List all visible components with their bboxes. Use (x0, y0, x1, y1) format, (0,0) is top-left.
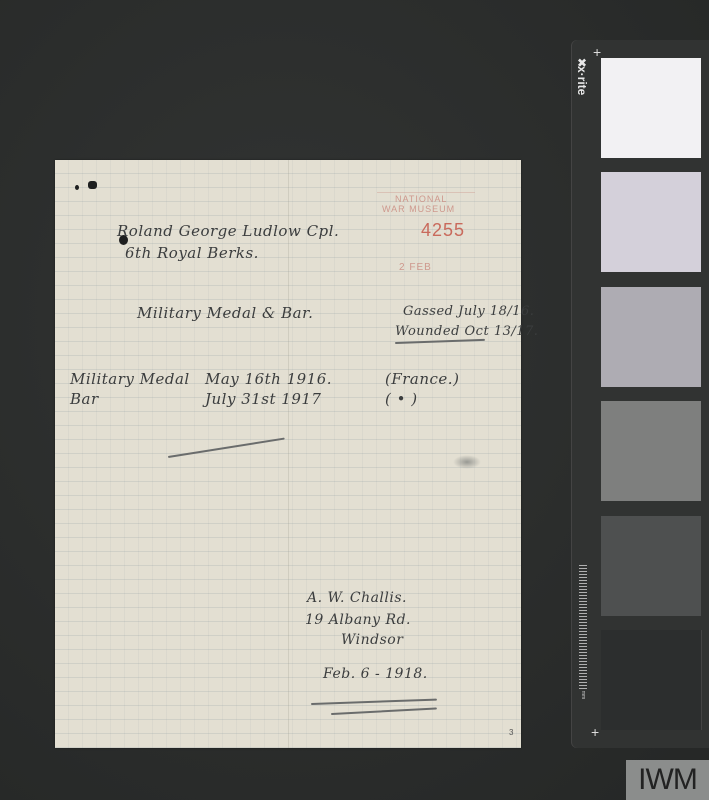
stamp-line-2: WAR MUSEUM (382, 204, 455, 214)
award-place: (France.) (385, 370, 459, 388)
underline (311, 699, 437, 705)
award-name: Bar (70, 390, 99, 408)
signatory-town: Windsor (341, 632, 403, 648)
award-name: Military Medal (70, 370, 190, 388)
soldier-unit: 6th Royal Berks. (125, 244, 259, 262)
stamp-date: 2 FEB (399, 262, 432, 273)
crosshair-icon: + (591, 724, 599, 740)
xrite-logo: ✖ x·rite (573, 56, 593, 126)
underline (331, 707, 437, 714)
signatory-address: 19 Albany Rd. (305, 612, 411, 628)
swatch-white (601, 58, 701, 158)
fold-crease (288, 160, 289, 748)
swatch-grey (601, 401, 701, 501)
separator-stroke (168, 438, 285, 458)
soldier-name: Roland George Ludlow Cpl. (117, 222, 339, 240)
swatch-mid-grey (601, 287, 701, 387)
page-number: 3 (509, 728, 513, 737)
swatch-black (601, 630, 702, 730)
award-summary: Military Medal & Bar. (137, 304, 313, 322)
stamp-frame (377, 192, 475, 193)
swatch-light-grey (601, 172, 701, 272)
gassed-note: Gassed July 18/16. (403, 304, 534, 319)
mm-ruler (579, 565, 587, 690)
punch-mark (75, 185, 79, 190)
national-war-museum-stamp: NATIONAL WAR MUSEUM 4255 2 FEB (377, 190, 477, 280)
award-date: July 31st 1917 (205, 390, 321, 408)
ruler-unit: mm (580, 691, 586, 699)
brand-label: x·rite (575, 66, 589, 95)
underline (395, 339, 485, 344)
color-calibration-card: ✖ x·rite + mm + (571, 40, 709, 748)
smudge-mark (453, 455, 481, 469)
wounded-note: Wounded Oct 13/17. (395, 324, 538, 339)
letter-date: Feb. 6 - 1918. (323, 666, 428, 682)
iwm-watermark: IWM (626, 760, 709, 800)
swatch-dark-grey (601, 516, 701, 616)
award-date: May 16th 1916. (205, 370, 332, 388)
punch-mark (88, 181, 97, 189)
crosshair-icon: + (593, 44, 601, 60)
signatory-name: A. W. Challis. (307, 590, 407, 606)
stamp-line-1: NATIONAL (395, 194, 447, 204)
stamp-number: 4255 (421, 220, 465, 241)
award-place: ( • ) (385, 390, 418, 408)
ruled-letter-page: Roland George Ludlow Cpl. 6th Royal Berk… (55, 160, 521, 748)
